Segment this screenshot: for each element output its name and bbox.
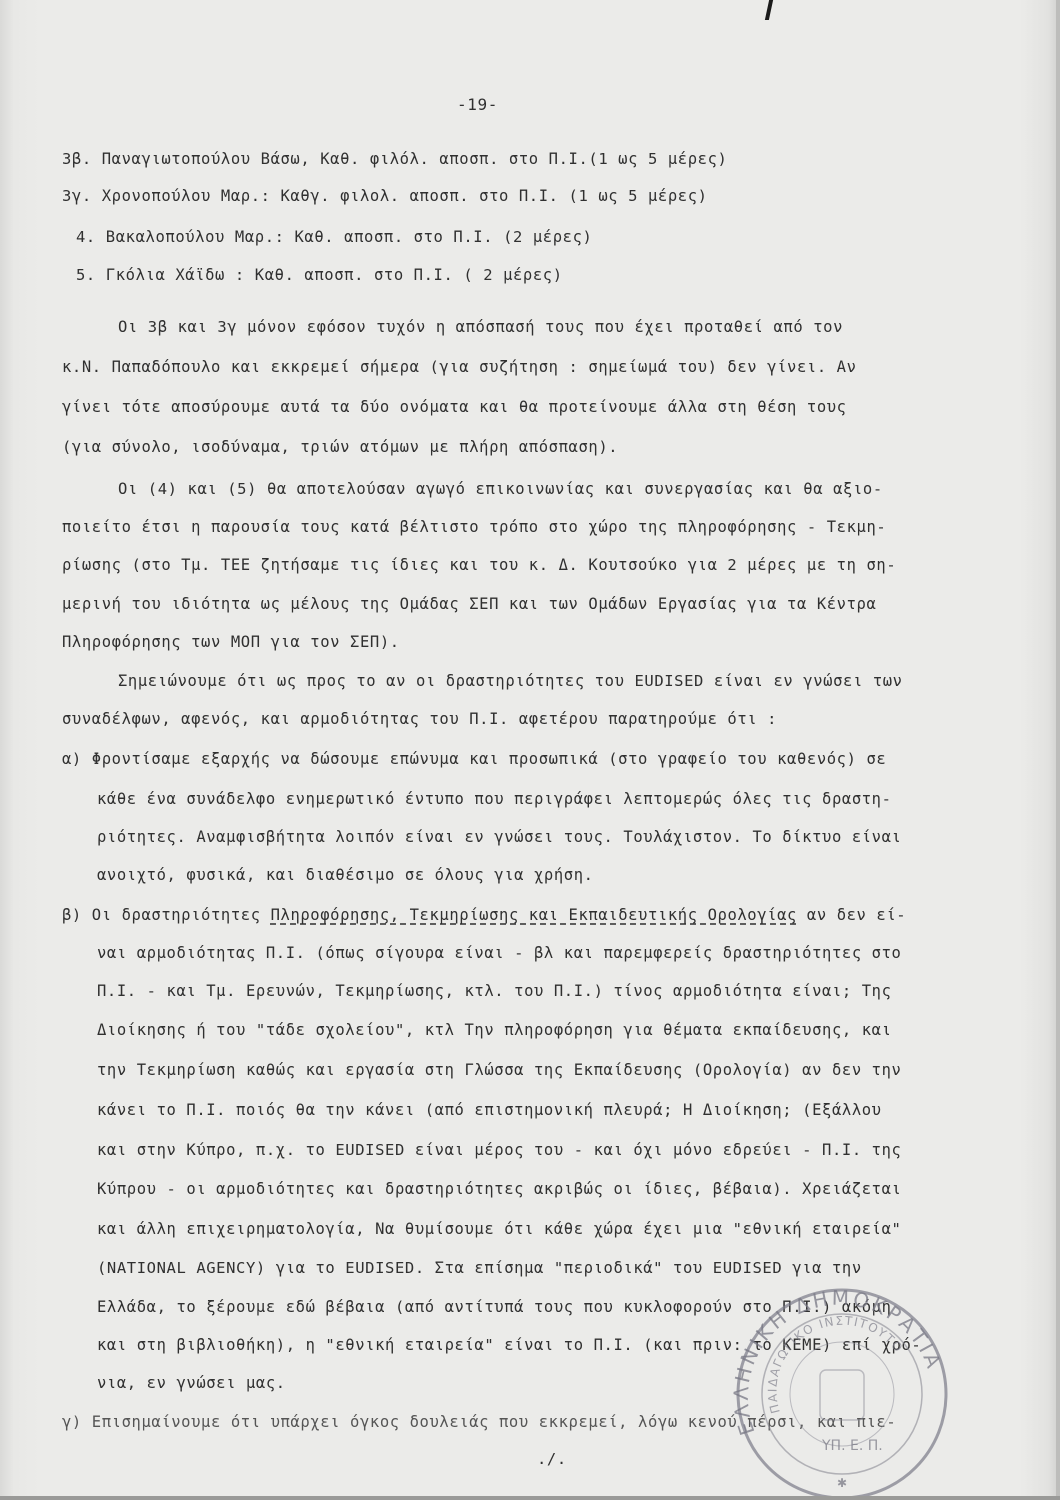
- item-c-line: γ) Επισημαίνουμε ότι υπάρχει όγκος δουλε…: [62, 1413, 896, 1431]
- paragraph-line: Οι (4) και (5) θα αποτελούσαν αγωγό επικ…: [118, 480, 883, 498]
- item-a-line: ριότητες. Αναμφισβήτητα λοιπόν είναι εν …: [97, 828, 901, 846]
- item-b-line: (NATIONAL AGENCY) για το EUDISED. Στα επ…: [97, 1259, 862, 1277]
- underlined-topic: Πληροφόρησης, Τεκμηρίωσης και Εκπαιδευτι…: [271, 906, 797, 924]
- pen-mark: [765, 0, 773, 20]
- stamp-bottom-text: ΥΠ. Ε. Π.: [821, 1438, 883, 1454]
- item-b-suffix: αν δεν εί-: [797, 906, 906, 924]
- item-a-line: κάθε ένα συνάδελφο ενημερωτικό έντυπο πο…: [97, 790, 892, 808]
- item-b-line: Ελλάδα, το ξέρουμε εδώ βέβαια (από αντίτ…: [97, 1298, 892, 1316]
- svg-text:ΠΑΙΔΑΓΩΓΙΚΟ ΙΝΣΤΙΤΟΥΤΟ: ΠΑΙΔΑΓΩΓΙΚΟ ΙΝΣΤΙΤΟΥΤΟ: [765, 1314, 906, 1415]
- item-b-first-line: β) Οι δραστηριότητες Πληροφόρησης, Τεκμη…: [62, 906, 906, 924]
- item-b-line: νια, εν γνώσει μας.: [97, 1374, 286, 1392]
- list-item: 3γ. Χρονοπούλου Μαρ.: Καθγ. φιλολ. αποσπ…: [62, 187, 708, 205]
- paragraph-line: Σημειώνουμε ότι ως προς το αν οι δραστηρ…: [118, 672, 903, 690]
- item-b-line: και στη βιβλιοθήκη), η "εθνική εταιρεία"…: [97, 1336, 921, 1354]
- list-item: 5. Γκόλια Χάϊδω : Καθ. αποσπ. στο Π.Ι. (…: [76, 266, 563, 284]
- paragraph-line: (για σύνολο, ισοδύναμα, τριών ατόμων με …: [62, 438, 618, 456]
- item-b-line: και άλλη επιχειρηματολογία, Να θυμίσουμε…: [97, 1220, 901, 1238]
- stamp-star-icon: ✱: [837, 1476, 847, 1490]
- item-a-line: α) Φροντίσαμε εξαρχής να δώσουμε επώνυμα…: [62, 750, 886, 768]
- page-bottom-edge: [0, 1496, 1060, 1500]
- stamp-inner-text: ΠΑΙΔΑΓΩΓΙΚΟ ΙΝΣΤΙΤΟΥΤΟ: [765, 1314, 906, 1415]
- paragraph-line: γίνει τότε αποσύρουμε αυτά τα δύο ονόματ…: [62, 398, 847, 416]
- item-b-line: την Τεκμηρίωση καθώς και εργασία στη Γλώ…: [97, 1061, 901, 1079]
- item-b-line: κάνει το Π.Ι. ποιός θα την κάνει (από επ…: [97, 1101, 882, 1119]
- paragraph-line: Οι 3β και 3γ μόνον εφόσον τυχόν η απόσπα…: [118, 318, 843, 336]
- paragraph-line: ποιείτο έτσι η παρουσία τους κατά βέλτισ…: [62, 518, 886, 536]
- item-a-line: ανοιχτό, φυσικά, και διαθέσιμο σε όλους …: [97, 866, 594, 884]
- list-item: 3β. Παναγιωτοπούλου Βάσω, Καθ. φιλόλ. απ…: [62, 150, 727, 168]
- page-edge: [1056, 0, 1060, 1500]
- paragraph-line: κ.Ν. Παπαδόπουλο και εκκρεμεί σήμερα (γι…: [62, 358, 857, 376]
- item-b-line: Π.Ι. - και Τμ. Ερευνών, Τεκμηρίωσης, κτλ…: [97, 982, 892, 1000]
- continuation-mark: ./.: [537, 1450, 567, 1468]
- paragraph-line: ρίωσης (στο Τμ. ΤΕΕ ζητήσαμε τις ίδιες κ…: [62, 556, 896, 574]
- item-b-line: Κύπρου - οι αρμοδιότητες και δραστηριότη…: [97, 1180, 901, 1198]
- item-b-line: και στην Κύπρο, π.χ. το EUDISED είναι μέ…: [97, 1141, 901, 1159]
- list-item: 4. Βακαλοπούλου Μαρ.: Καθ. αποσπ. στο Π.…: [76, 228, 592, 246]
- item-b-prefix: β) Οι δραστηριότητες: [62, 906, 271, 924]
- page-number: -19-: [457, 95, 498, 114]
- paragraph-line: μερινή του ιδιότητα ως μέλους της Ομάδας…: [62, 595, 876, 613]
- paragraph-line: Πληροφόρησης των ΜΟΠ για τον ΣΕΠ).: [62, 633, 400, 651]
- document-page: -19- 3β. Παναγιωτοπούλου Βάσω, Καθ. φιλό…: [0, 0, 1060, 1500]
- item-b-line: ναι αρμοδιότητας Π.Ι. (όπως σίγουρα είνα…: [97, 944, 901, 962]
- paragraph-line: συναδέλφων, αφενός, και αρμοδιότητας του…: [62, 710, 777, 728]
- item-b-line: Διοίκησης ή του "τάδε σχολείου", κτλ Την…: [97, 1021, 892, 1039]
